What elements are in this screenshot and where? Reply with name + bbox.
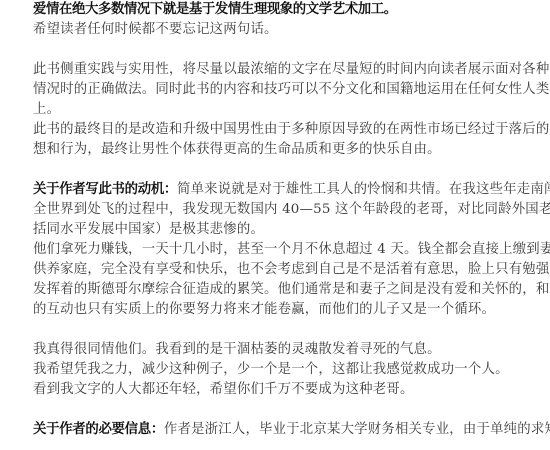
motivation-text: 简单来说就是对于雄性工具人的怜悯和共情。在我这些年走南闯北 [177, 182, 550, 197]
author-info-label: 关于作者的必要信息： [33, 422, 164, 437]
paragraph-line: 此书的最终目的是改造和升级中国男性由于多种原因导致的在两性市场已经过于落后的思 [33, 120, 517, 140]
document-page: 爱情在绝大多数情况下就是基于发情生理现象的文学艺术加工。 希望读者任何时候都不要… [33, 0, 517, 440]
paragraph-line: 他们拿死力赚钱，一天十几小时，甚至一个月不休息超过 4 天。钱全都会直接上缴到妻… [33, 240, 517, 260]
motivation-label: 关于作者写此书的动机： [33, 182, 177, 197]
paragraph-author-info: 关于作者的必要信息：作者是浙江人，毕业于北京某大学财务相关专业，由于单纯的求知欲 [33, 420, 517, 440]
paragraph-line: 此书侧重实践与实用性，将尽量以最浓缩的文字在尽量短的时间内向读者展示面对各种两性 [33, 60, 517, 80]
paragraph-line: 发挥着的斯德哥尔摩综合征造成的累笑。他们通常是和妻子之间是没有爱和关怀的，和孩子 [33, 280, 517, 300]
paragraph-line: 括同水平发展中国家）是极其悲惨的。 [33, 220, 517, 240]
paragraph-line: 供养家庭，完全没有享受和快乐，也不会考虑到自己是不是活着有意思，脸上只有勉强由于 [33, 260, 517, 280]
paragraph-spacer [33, 320, 517, 340]
paragraph-line: 我希望凭我之力，减少这种例子，少一个是一个，这都让我感觉救成功一个人。 [33, 360, 517, 380]
paragraph-sympathy: 我真得很同情他们。我看到的是干涸枯萎的灵魂散发着寻死的气息。 我希望凭我之力，减… [33, 340, 517, 400]
paragraph-line: 关于作者写此书的动机：简单来说就是对于雄性工具人的怜悯和共情。在我这些年走南闯北 [33, 180, 517, 200]
paragraph-spacer [33, 40, 517, 60]
intro-reminder: 希望读者任何时候都不要忘记这两句话。 [33, 20, 517, 40]
paragraph-line: 上。 [33, 100, 517, 120]
paragraph-line: 情况时的正确做法。同时此书的内容和技巧可以不分文化和国籍地运用在任何女性人类身 [33, 80, 517, 100]
paragraph-motivation: 关于作者写此书的动机：简单来说就是对于雄性工具人的怜悯和共情。在我这些年走南闯北… [33, 180, 517, 320]
paragraph-line: 的互动也只有实质上的你要努力将来才能卷赢，而他们的儿子又是一个循环。 [33, 300, 517, 320]
paragraph-line: 看到我文字的人大都还年轻，希望你们千万不要成为这种老哥。 [33, 380, 517, 400]
paragraph-spacer [33, 160, 517, 180]
paragraph-line: 想和行为，最终让男性个体获得更高的生命品质和更多的快乐自由。 [33, 140, 517, 160]
paragraph-line: 我真得很同情他们。我看到的是干涸枯萎的灵魂散发着寻死的气息。 [33, 340, 517, 360]
paragraph-line: 关于作者的必要信息：作者是浙江人，毕业于北京某大学财务相关专业，由于单纯的求知欲 [33, 420, 517, 440]
paragraph-line: 全世界到处飞的过程中，我发现无数国内 40—55 这个年龄段的老哥，对比同龄外国… [33, 200, 517, 220]
paragraph-spacer [33, 400, 517, 420]
author-info-text: 作者是浙江人，毕业于北京某大学财务相关专业，由于单纯的求知欲 [164, 422, 550, 437]
paragraph-practice: 此书侧重实践与实用性，将尽量以最浓缩的文字在尽量短的时间内向读者展示面对各种两性… [33, 60, 517, 120]
paragraph-goal: 此书的最终目的是改造和升级中国男性由于多种原因导致的在两性市场已经过于落后的思 … [33, 120, 517, 160]
intro-bold-statement: 爱情在绝大多数情况下就是基于发情生理现象的文学艺术加工。 [33, 0, 517, 20]
